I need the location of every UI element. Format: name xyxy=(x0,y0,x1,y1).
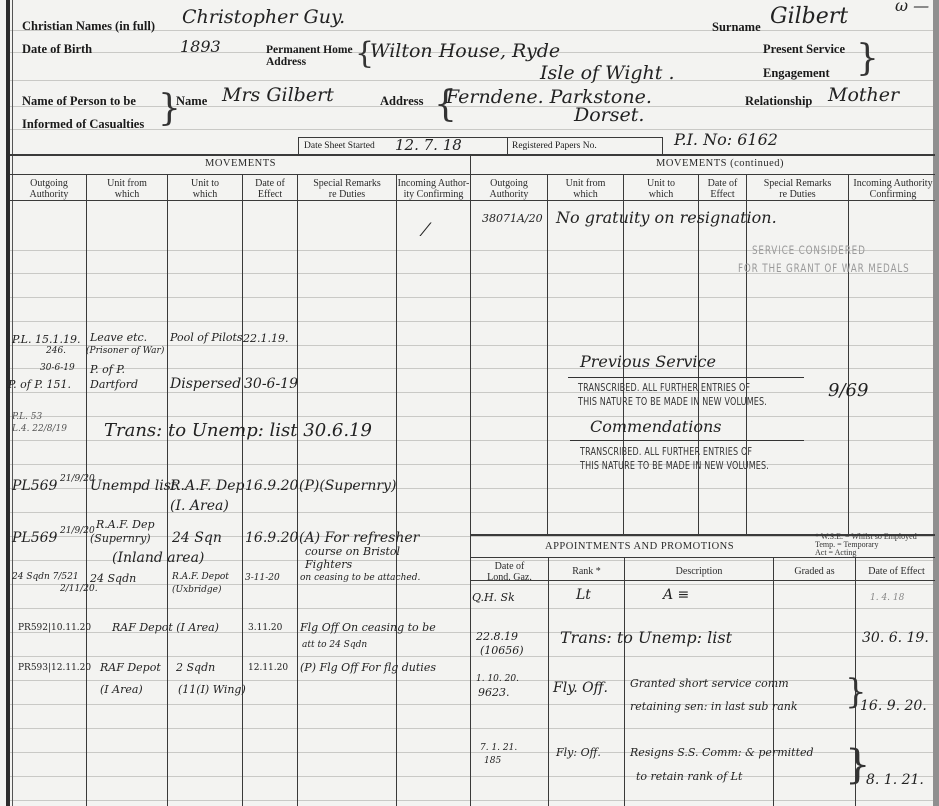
war-medals-stamp-1: SERVICE CONSIDERED xyxy=(752,243,866,257)
col-header-outgoing-authority: OutgoingAuthority xyxy=(471,178,547,200)
row-unit-from: P. of P. xyxy=(90,363,125,376)
row-date: 12.11.20 xyxy=(248,663,288,673)
header-divider xyxy=(470,200,935,201)
casualty-address-line2: Dorset. xyxy=(574,104,644,126)
left-binding-bar xyxy=(6,0,10,806)
row-authority-sub: 2/11/20. xyxy=(60,584,98,594)
col-header-graded-as: Graded as xyxy=(774,566,855,577)
casualty-label-1: Name of Person to be xyxy=(22,94,136,109)
col-header-special-remarks: Special Remarksre Duties xyxy=(747,178,848,200)
row-authority: PR593|12.11.20 xyxy=(18,663,91,673)
row-unit-to: 2 Sqdn xyxy=(176,661,215,674)
row-unit-from-sub: Dartford xyxy=(90,378,138,391)
header-divider xyxy=(470,557,935,558)
date-box-top xyxy=(298,137,662,138)
appointments-title: APPOINTMENTS AND PROMOTIONS xyxy=(545,541,734,552)
row-unit-from: R.A.F. Dep xyxy=(96,518,155,531)
row-date-of-effect: 16. 9. 20. xyxy=(860,698,927,714)
heading-underline xyxy=(570,440,804,441)
row-unit-to: 24 Sqn xyxy=(172,530,222,546)
row-date-of-effect: 8. 1. 21. xyxy=(866,772,924,788)
row-description: A ≡ xyxy=(663,587,689,603)
casualty-name-value: Mrs Gilbert xyxy=(222,84,334,106)
registered-papers-label: Registered Papers No. xyxy=(512,141,597,151)
header-divider xyxy=(10,200,470,201)
date-box-left xyxy=(298,137,299,154)
row-gazette: 1. 10. 20. xyxy=(476,674,519,684)
col-header-outgoing-authority: OutgoingAuthority xyxy=(12,178,86,200)
relationship-value: Mother xyxy=(828,84,899,106)
movements-continued-title: MOVEMENTS (continued) xyxy=(656,158,784,169)
row-gazette-sub: 9623. xyxy=(478,686,510,699)
dob-value: 1893 xyxy=(180,37,221,56)
row-date: 22.1.19. xyxy=(243,332,288,345)
row-date-of-effect: 30. 6. 19. xyxy=(862,630,929,646)
row-remarks: Flg Off On ceasing to be xyxy=(300,621,436,634)
row-unit-from-sub: (Prisoner of War) xyxy=(86,346,164,356)
right-page-edge xyxy=(933,0,939,806)
col-divider xyxy=(547,174,548,534)
transcribed-stamp-2b: THIS NATURE TO BE MADE IN NEW VOLUMES. xyxy=(580,460,769,472)
row-unit-to-sub: (Uxbridge) xyxy=(172,585,221,595)
row-gazette: Q.H. Sk xyxy=(472,591,515,604)
row-remarks: (P) Flg Off For flg duties xyxy=(300,661,436,674)
corner-mark: ω — xyxy=(895,0,929,15)
col-divider xyxy=(624,557,625,806)
row-unit-from-sub: (I Area) xyxy=(100,683,143,696)
table-top-border xyxy=(10,154,935,156)
row-date: 16.9.20 xyxy=(245,478,298,494)
row-description: Resigns S.S. Comm: & permitted xyxy=(630,746,814,759)
christian-names-value: Christopher Guy. xyxy=(182,6,345,28)
header-divider xyxy=(470,174,935,175)
row-unit-to: Dispersed xyxy=(170,376,241,392)
row-unit-from: 24 Sqdn xyxy=(90,572,136,585)
row-unit-from: Leave etc. xyxy=(90,331,147,344)
christian-names-label: Christian Names (in full) xyxy=(22,19,155,34)
surname-value: Gilbert xyxy=(770,4,848,29)
row-date: 16.9.20 xyxy=(245,530,298,546)
row-unit-to: R.A.F. Depot xyxy=(172,572,229,582)
col-header-incoming-authority: Incoming AuthorityConfirming xyxy=(849,178,937,200)
row-authority: PR592|10.11.20 xyxy=(18,623,91,633)
col-header-rank: Rank * xyxy=(549,566,624,577)
entry-text: No gratuity on resignation. xyxy=(556,208,777,227)
row-date: 3-11-20 xyxy=(245,573,280,583)
date-box-divider xyxy=(507,137,508,154)
date-sheet-started-label: Date Sheet Started xyxy=(304,141,375,151)
center-divider xyxy=(470,154,471,806)
tick-mark: ⁄ xyxy=(424,220,427,241)
war-medals-stamp-2: FOR THE GRANT OF WAR MEDALS xyxy=(738,261,910,275)
col-header-unit-to: Unit towhich xyxy=(168,178,242,200)
row-authority: PL569 xyxy=(12,530,57,546)
home-address-line1: Wilton House, Ryde xyxy=(370,40,560,62)
dob-label: Date of Birth xyxy=(22,42,92,57)
row-unit-from: Unempd list xyxy=(90,478,177,494)
row-transfer-note: Trans: to Unemp: list 30.6.19 xyxy=(104,420,372,441)
row-authority: PL569 xyxy=(12,478,57,494)
row-unit-from: RAF Depot xyxy=(100,661,161,674)
row-authority-sub: 246. xyxy=(46,346,66,356)
header-divider xyxy=(10,174,470,175)
row-description: Granted short service comm xyxy=(630,677,789,690)
row-remarks: (A) For refresher xyxy=(299,530,419,546)
row-unit-to: R.A.F. Dep xyxy=(170,478,244,494)
row-description-2: to retain rank of Lt xyxy=(636,770,742,783)
transcribed-stamp-2a: TRANSCRIBED. ALL FURTHER ENTRIES OF xyxy=(580,446,752,458)
row-remarks: on ceasing to be attached. xyxy=(300,573,420,583)
row-unit-to-sub: (I. Area) xyxy=(170,498,229,514)
row-unit-from-sub: (Supernry) xyxy=(90,532,151,545)
row-remarks: (P)(Supernry) xyxy=(299,478,396,494)
transcribed-stamp-1b: THIS NATURE TO BE MADE IN NEW VOLUMES. xyxy=(578,396,767,408)
row-remarks-2: course on Bristol xyxy=(305,545,400,558)
date-box-right xyxy=(662,137,663,154)
entry-authority: 38071A/20 xyxy=(482,212,543,225)
legend-act: Act = Acting xyxy=(815,549,856,557)
row-unit-from: RAF Depot (I Area) xyxy=(112,621,219,634)
row-authority-sub: 30-6-19 xyxy=(40,363,75,373)
heading-underline xyxy=(568,377,804,378)
row-unit-to-sub: (11(I) Wing) xyxy=(178,683,246,696)
engagement-label: Engagement xyxy=(763,66,830,81)
row-authority: P. of P. 151. xyxy=(8,378,71,391)
row-remarks-3: Fighters xyxy=(305,558,352,571)
row-date: 30-6-19 xyxy=(244,376,298,392)
row-description-2: retaining sen: in last sub rank xyxy=(630,700,798,713)
date-sheet-started-value: 12. 7. 18 xyxy=(395,136,462,154)
col-header-description: Description xyxy=(625,566,773,577)
row-date-of-effect: 1. 4. 18 xyxy=(870,593,904,603)
row-unit-to-sub: (Inland area) xyxy=(112,550,204,566)
col-header-special-remarks: Special Remarksre Duties xyxy=(298,178,396,200)
casualty-address-label: Address xyxy=(380,94,424,109)
brace-close-icon: } xyxy=(856,38,879,79)
col-divider xyxy=(746,174,747,534)
col-divider xyxy=(86,174,87,806)
row-authority-sub: L.4. 22/8/19 xyxy=(12,424,67,434)
col-header-unit-to: Unit towhich xyxy=(624,178,698,200)
previous-service-heading: Previous Service xyxy=(580,352,716,371)
previous-service-ref: 9/69 xyxy=(828,380,868,401)
transcribed-stamp-1a: TRANSCRIBED. ALL FURTHER ENTRIES OF xyxy=(578,382,750,394)
col-header-unit-from: Unit fromwhich xyxy=(87,178,167,200)
home-address-label: Permanent Home xyxy=(266,44,353,56)
casualty-name-label: Name xyxy=(176,94,207,109)
surname-label: Surname xyxy=(712,20,761,35)
present-service-label: Present Service xyxy=(763,42,845,57)
col-header-unit-from: Unit fromwhich xyxy=(548,178,623,200)
home-address-line2: Isle of Wight . xyxy=(540,62,675,84)
movements-title: MOVEMENTS xyxy=(205,158,276,169)
row-unit-to: Pool of Pilots xyxy=(170,331,243,344)
home-address-label-2: Address xyxy=(266,56,306,68)
col-header-gazette-date: Date ofLond. Gaz. xyxy=(471,561,548,583)
row-gazette: 7. 1. 21. xyxy=(480,743,517,753)
row-rank: Lt xyxy=(576,587,591,603)
row-remarks-2: att to 24 Sqdn xyxy=(302,640,367,650)
col-header-incoming-authority: Incoming Author-ity Confirming xyxy=(397,178,470,200)
row-rank: Fly. Off. xyxy=(553,680,608,696)
row-gazette-sub: (10656) xyxy=(480,644,524,657)
left-margin-line xyxy=(12,0,13,806)
row-rank: Fly: Off. xyxy=(556,746,601,759)
col-header-date-of-effect: Date ofEffect xyxy=(243,178,297,200)
commendations-heading: Commendations xyxy=(590,417,721,436)
row-authority: 24 Sqdn 7/521 xyxy=(12,572,79,582)
col-divider xyxy=(548,557,549,806)
row-gazette-sub: 185 xyxy=(484,756,501,766)
col-divider xyxy=(848,174,849,534)
row-date: 3.11.20 xyxy=(248,623,282,633)
row-authority: P.L. 15.1.19. xyxy=(12,333,80,346)
col-header-date-of-effect: Date of Effect xyxy=(856,566,937,577)
pi-number: P.I. No: 6162 xyxy=(674,130,778,149)
service-record-sheet: Christian Names (in full) Christopher Gu… xyxy=(0,0,939,806)
row-gazette: 22.8.19 xyxy=(476,630,518,643)
col-header-date-of-effect: Date ofEffect xyxy=(699,178,746,200)
row-rank-transfer-note: Trans: to Unemp: list xyxy=(560,628,732,647)
casualty-label-2: Informed of Casualties xyxy=(22,117,144,132)
row-authority: P.L. 53 xyxy=(12,412,42,422)
relationship-label: Relationship xyxy=(745,94,812,109)
